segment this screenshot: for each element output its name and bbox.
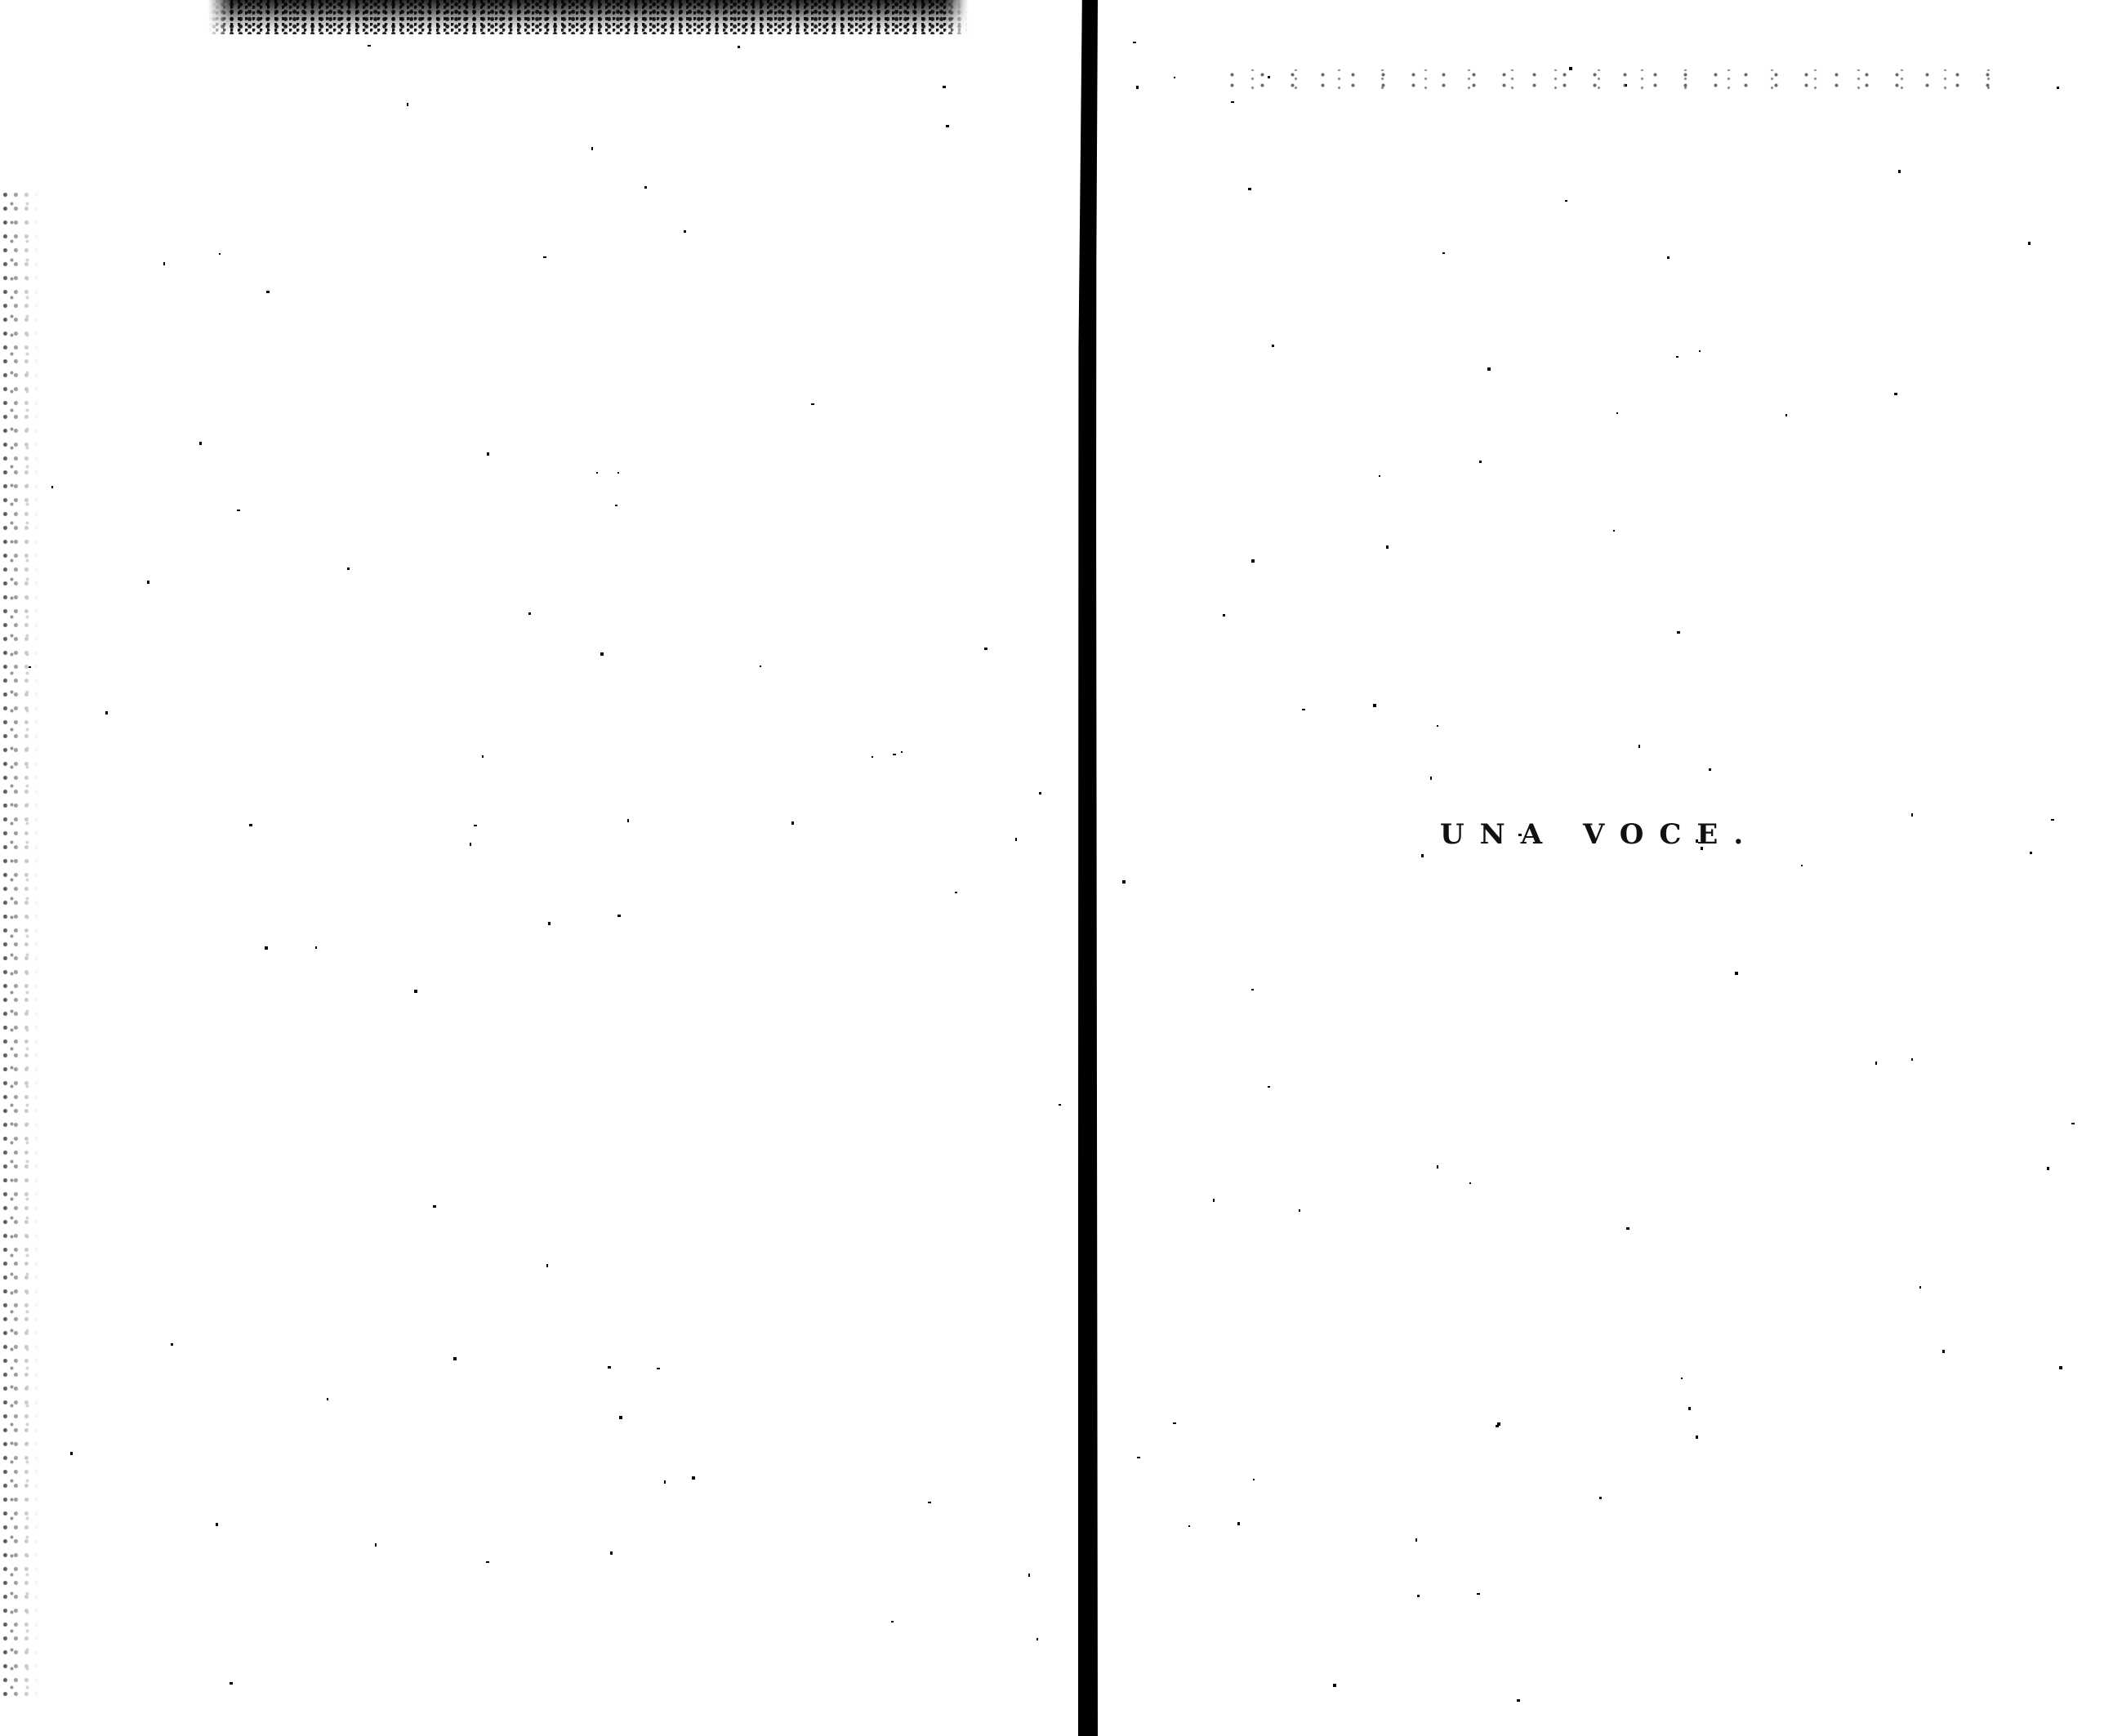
speckle <box>1251 989 1254 990</box>
speckle <box>1599 1497 1602 1499</box>
speckle <box>1785 414 1787 416</box>
speckle <box>1237 1522 1240 1525</box>
speckle <box>474 825 477 826</box>
left-page <box>0 0 1077 1736</box>
speckle <box>487 452 489 456</box>
speckle <box>482 755 484 758</box>
speckle <box>2030 852 2032 854</box>
speckle <box>1028 1574 1030 1577</box>
speckle <box>1379 475 1380 477</box>
speckle <box>347 568 350 570</box>
speckle <box>29 666 31 668</box>
speckle <box>1251 559 1255 563</box>
speckle <box>619 1416 622 1419</box>
speckle <box>1421 854 1424 857</box>
speckle <box>163 262 165 265</box>
speckle <box>1626 1227 1629 1230</box>
speckle <box>70 1452 73 1455</box>
speckle <box>657 1368 660 1369</box>
speckle <box>610 1551 613 1555</box>
speckle <box>1122 880 1126 884</box>
speckle <box>1133 42 1136 43</box>
speckle <box>1136 86 1139 89</box>
speckle <box>1188 1525 1190 1527</box>
speckle <box>1911 813 1913 817</box>
speckle <box>327 1398 328 1400</box>
speckle <box>1487 367 1491 371</box>
speckle <box>1417 1595 1420 1597</box>
right-page <box>1103 0 2122 1736</box>
speckle <box>1173 1422 1176 1424</box>
speckle <box>1625 84 1627 87</box>
speckle <box>928 1502 931 1503</box>
speckle <box>596 472 598 474</box>
speckle <box>1386 545 1389 549</box>
speckle <box>1437 725 1438 727</box>
speckle <box>1616 412 1618 414</box>
speckle <box>1223 614 1225 617</box>
speckle <box>1919 1286 1921 1289</box>
speckle <box>1518 834 1522 836</box>
speckle <box>1696 1436 1698 1439</box>
speckle <box>105 711 108 714</box>
speckle <box>2057 87 2059 89</box>
speckle <box>407 103 408 106</box>
speckle <box>266 291 270 293</box>
speckle <box>453 1357 457 1360</box>
speckle <box>230 1682 233 1685</box>
speckle <box>1688 1407 1691 1410</box>
speckle <box>1497 1422 1500 1426</box>
speckle <box>1875 1062 1877 1065</box>
speckle <box>1517 1699 1520 1702</box>
speckle <box>738 46 740 48</box>
page-gutter <box>1078 0 1098 1736</box>
speckle <box>1898 170 1901 173</box>
speckle <box>811 403 814 405</box>
speckle <box>644 186 647 189</box>
speckle <box>893 754 896 755</box>
speckle <box>901 751 903 753</box>
speckle <box>2051 819 2054 821</box>
speckle <box>615 505 617 506</box>
speckle <box>1039 792 1041 795</box>
speckle <box>1373 704 1376 707</box>
speckle <box>219 253 221 255</box>
speckle <box>1248 188 1251 190</box>
speckle <box>1059 1104 1061 1106</box>
speckle <box>664 1480 666 1484</box>
speckle <box>315 946 317 949</box>
speckle <box>1667 256 1670 259</box>
speckle <box>617 915 621 917</box>
speckle <box>375 1543 377 1547</box>
speckle <box>237 510 240 511</box>
speckle <box>692 1476 695 1480</box>
scan-artifact-left-edge <box>0 188 39 1698</box>
speckle <box>955 892 957 893</box>
speckle <box>216 1523 218 1526</box>
speckle <box>1699 350 1701 352</box>
speckle <box>433 1205 436 1208</box>
speckle <box>265 946 268 950</box>
book-spread: UNA VOCE. <box>0 0 2122 1736</box>
speckle <box>1213 1199 1215 1202</box>
speckle <box>368 45 371 47</box>
speckle <box>486 1561 489 1563</box>
speckle <box>2071 1123 2075 1124</box>
speckle <box>760 665 761 667</box>
speckle <box>1302 709 1305 710</box>
speckle <box>591 147 593 150</box>
speckle <box>546 1264 548 1267</box>
speckle <box>1253 1479 1255 1480</box>
speckle <box>147 581 149 584</box>
speckle <box>627 819 629 822</box>
speckle <box>2028 242 2031 245</box>
page-title: UNA VOCE. <box>1440 821 1759 848</box>
speckle <box>249 824 252 826</box>
scan-artifact-top-noise <box>1217 69 2001 92</box>
speckle <box>470 843 471 846</box>
speckle <box>1442 252 1445 254</box>
speckle <box>684 230 686 233</box>
speckle <box>946 125 949 127</box>
speckle <box>1469 1182 1471 1184</box>
speckle <box>1701 847 1703 850</box>
speckle <box>1437 1165 1438 1168</box>
speckle <box>943 86 946 88</box>
speckle <box>1268 76 1270 78</box>
speckle <box>1613 530 1615 532</box>
speckle <box>1709 768 1711 771</box>
speckle <box>1430 777 1432 780</box>
speckle <box>1676 356 1678 358</box>
speckle <box>1231 101 1234 103</box>
speckle <box>1137 1457 1140 1458</box>
speckle <box>199 442 202 445</box>
speckle <box>1681 1378 1683 1379</box>
speckle <box>1415 1538 1417 1542</box>
speckle <box>984 648 987 650</box>
speckle <box>1942 1350 1945 1353</box>
speckle <box>1268 1086 1270 1088</box>
scan-artifact-top-band <box>208 0 968 34</box>
speckle <box>1299 1209 1300 1212</box>
speckle <box>1477 1593 1480 1595</box>
speckle <box>2047 1167 2049 1170</box>
speckle <box>872 756 873 758</box>
speckle <box>1569 67 1572 70</box>
speckle <box>543 256 546 258</box>
speckle <box>2059 1366 2062 1369</box>
speckle <box>51 486 53 488</box>
speckle <box>1036 1638 1038 1640</box>
speckle <box>414 990 417 993</box>
speckle <box>617 472 619 474</box>
speckle <box>1333 1684 1336 1687</box>
speckle <box>1272 345 1274 347</box>
speckle <box>1015 838 1017 841</box>
speckle <box>528 612 531 615</box>
speckle <box>1677 631 1680 634</box>
speckle <box>1911 1058 1913 1061</box>
speckle <box>1735 972 1738 975</box>
speckle <box>1638 745 1640 748</box>
speckle <box>1801 865 1803 866</box>
speckle <box>600 652 604 656</box>
speckle <box>171 1343 173 1346</box>
speckle <box>1894 393 1897 395</box>
speckle <box>608 1366 611 1369</box>
speckle <box>791 821 794 825</box>
speckle <box>548 922 551 925</box>
speckle <box>1174 77 1175 78</box>
speckle <box>1696 839 1698 843</box>
speckle <box>1479 461 1482 463</box>
speckle <box>1565 200 1567 202</box>
speckle <box>891 1621 894 1622</box>
